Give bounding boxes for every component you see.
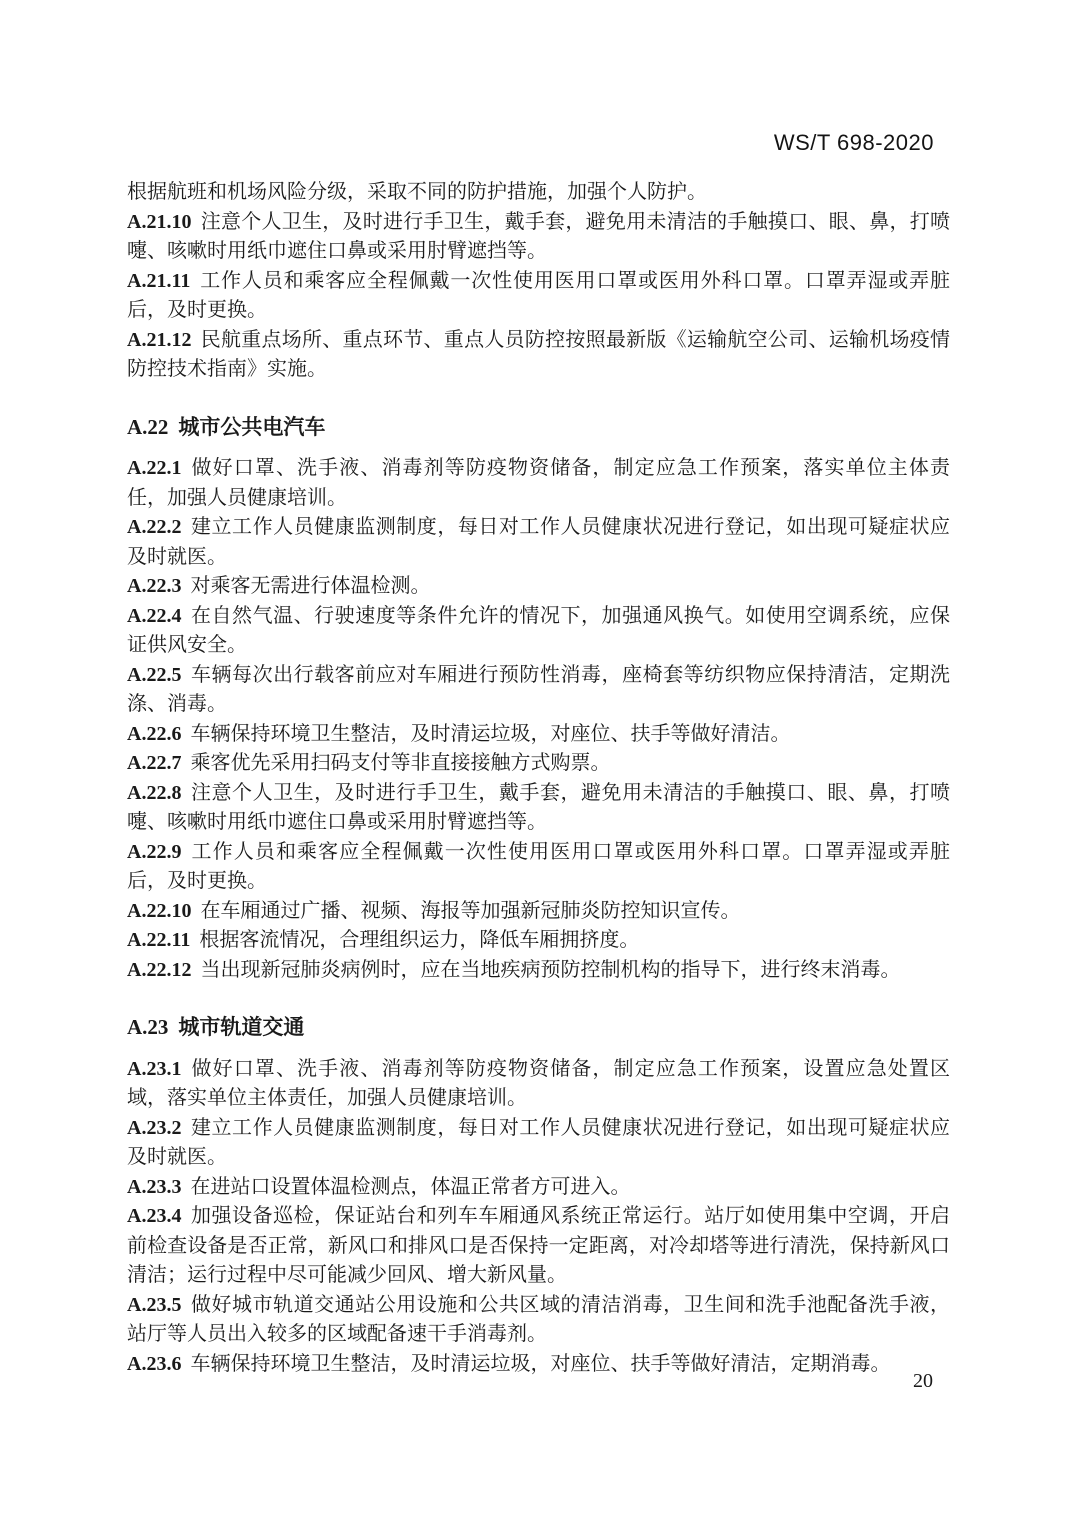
clause-text: 注意个人卫生，及时进行手卫生，戴手套，避免用未清洁的手触摸口、眼、鼻，打喷嚏、咳… (127, 211, 950, 263)
clause-text: 民航重点场所、重点环节、重点人员防控按照最新版《运输航空公司、运输机场疫情防控技… (127, 329, 950, 381)
clause-number: A.23.2 (127, 1117, 181, 1139)
clause-text: 做好口罩、洗手液、消毒剂等防疫物资储备，制定应急工作预案，设置应急处置区域，落实… (127, 1058, 950, 1110)
section-heading: A.23城市轨道交通 (127, 1013, 950, 1043)
clause-paragraph: A.22.5车辆每次出行载客前应对车厢进行预防性消毒，座椅套等纺织物应保持清洁，… (127, 661, 950, 720)
section-heading: A.22城市公共电汽车 (127, 413, 950, 443)
clause-number: A.23.6 (127, 1353, 181, 1375)
standard-number-header: WS/T 698-2020 (0, 130, 934, 156)
clause-number: A.22.9 (127, 841, 181, 863)
clause-paragraph: A.22.1做好口罩、洗手液、消毒剂等防疫物资储备，制定应急工作预案，落实单位主… (127, 454, 950, 513)
clause-number: A.22.1 (127, 457, 181, 479)
clause-number: A.22.3 (127, 575, 181, 597)
section-title: 城市公共电汽车 (178, 416, 325, 439)
clause-text: 工作人员和乘客应全程佩戴一次性使用医用口罩或医用外科口罩。口罩弄湿或弄脏后，及时… (127, 270, 950, 322)
clause-paragraph: A.22.12当出现新冠肺炎病例时，应在当地疾病预防控制机构的指导下，进行终末消… (127, 956, 950, 986)
clause-paragraph: A.22.3对乘客无需进行体温检测。 (127, 572, 950, 602)
clause-paragraph: 根据航班和机场风险分级，采取不同的防护措施，加强个人防护。 (127, 178, 950, 208)
clause-number: A.22.5 (127, 664, 181, 686)
clause-text: 车辆保持环境卫生整洁，及时清运垃圾，对座位、扶手等做好清洁。 (190, 723, 790, 745)
clause-paragraph: A.22.7乘客优先采用扫码支付等非直接接触方式购票。 (127, 749, 950, 779)
clause-text: 乘客优先采用扫码支付等非直接接触方式购票。 (190, 752, 610, 774)
clause-paragraph: A.23.3在进站口设置体温检测点，体温正常者方可进入。 (127, 1173, 950, 1203)
page-number: 20 (913, 1370, 933, 1393)
clause-number: A.23.1 (127, 1058, 181, 1080)
clause-paragraph: A.23.1做好口罩、洗手液、消毒剂等防疫物资储备，制定应急工作预案，设置应急处… (127, 1055, 950, 1114)
clause-text: 当出现新冠肺炎病例时，应在当地疾病预防控制机构的指导下，进行终末消毒。 (200, 959, 900, 981)
clause-paragraph: A.22.2建立工作人员健康监测制度，每日对工作人员健康状况进行登记，如出现可疑… (127, 513, 950, 572)
clause-text: 在进站口设置体温检测点，体温正常者方可进入。 (190, 1176, 630, 1198)
clause-text: 车辆每次出行载客前应对车厢进行预防性消毒，座椅套等纺织物应保持清洁，定期洗涤、消… (127, 664, 950, 716)
clause-number: A.22.7 (127, 752, 181, 774)
clause-text: 根据航班和机场风险分级，采取不同的防护措施，加强个人防护。 (127, 181, 707, 203)
clause-paragraph: A.23.2建立工作人员健康监测制度，每日对工作人员健康状况进行登记，如出现可疑… (127, 1114, 950, 1173)
clause-text: 在车厢通过广播、视频、海报等加强新冠肺炎防控知识宣传。 (200, 900, 740, 922)
clause-paragraph: A.22.9工作人员和乘客应全程佩戴一次性使用医用口罩或医用外科口罩。口罩弄湿或… (127, 838, 950, 897)
clause-number: A.22.4 (127, 605, 181, 627)
clause-text: 建立工作人员健康监测制度，每日对工作人员健康状况进行登记，如出现可疑症状应及时就… (127, 1117, 950, 1169)
clause-number: A.22.11 (127, 929, 190, 951)
clause-text: 加强设备巡检，保证站台和列车车厢通风系统正常运行。站厅如使用集中空调，开启前检查… (127, 1205, 950, 1286)
clause-number: A.21.11 (127, 270, 190, 292)
section-title: 城市轨道交通 (178, 1016, 304, 1039)
clause-text: 车辆保持环境卫生整洁，及时清运垃圾，对座位、扶手等做好清洁，定期消毒。 (190, 1353, 890, 1375)
clause-number: A.21.10 (127, 211, 191, 233)
clause-paragraph: A.21.10注意个人卫生，及时进行手卫生，戴手套，避免用未清洁的手触摸口、眼、… (127, 208, 950, 267)
clause-text: 做好城市轨道交通站公用设施和公共区域的清洁消毒，卫生间和洗手池配备洗手液，站厅等… (127, 1294, 950, 1346)
clause-text: 注意个人卫生，及时进行手卫生，戴手套，避免用未清洁的手触摸口、眼、鼻，打喷嚏、咳… (127, 782, 950, 834)
clause-number: A.23.3 (127, 1176, 181, 1198)
clause-text: 对乘客无需进行体温检测。 (190, 575, 430, 597)
clause-paragraph: A.22.11根据客流情况，合理组织运力，降低车厢拥挤度。 (127, 926, 950, 956)
clause-text: 做好口罩、洗手液、消毒剂等防疫物资储备，制定应急工作预案，落实单位主体责任，加强… (127, 457, 950, 509)
clause-paragraph: A.22.4在自然气温、行驶速度等条件允许的情况下，加强通风换气。如使用空调系统… (127, 602, 950, 661)
clause-number: A.22.8 (127, 782, 181, 804)
clause-paragraph: A.23.5做好城市轨道交通站公用设施和公共区域的清洁消毒，卫生间和洗手池配备洗… (127, 1291, 950, 1350)
clause-paragraph: A.22.10在车厢通过广播、视频、海报等加强新冠肺炎防控知识宣传。 (127, 897, 950, 927)
clause-text: 工作人员和乘客应全程佩戴一次性使用医用口罩或医用外科口罩。口罩弄湿或弄脏后，及时… (127, 841, 950, 893)
section-number: A.23 (127, 1015, 168, 1039)
clause-number: A.22.12 (127, 959, 191, 981)
clause-text: 根据客流情况，合理组织运力，降低车厢拥挤度。 (199, 929, 639, 951)
clause-paragraph: A.21.12民航重点场所、重点环节、重点人员防控按照最新版《运输航空公司、运输… (127, 326, 950, 385)
section-number: A.22 (127, 415, 168, 439)
document-page: WS/T 698-2020 根据航班和机场风险分级，采取不同的防护措施，加强个人… (0, 0, 1080, 1527)
clause-paragraph: A.23.4加强设备巡检，保证站台和列车车厢通风系统正常运行。站厅如使用集中空调… (127, 1202, 950, 1291)
clause-text: 建立工作人员健康监测制度，每日对工作人员健康状况进行登记，如出现可疑症状应及时就… (127, 516, 950, 568)
clause-paragraph: A.21.11工作人员和乘客应全程佩戴一次性使用医用口罩或医用外科口罩。口罩弄湿… (127, 267, 950, 326)
clause-paragraph: A.22.8注意个人卫生，及时进行手卫生，戴手套，避免用未清洁的手触摸口、眼、鼻… (127, 779, 950, 838)
clause-number: A.21.12 (127, 329, 191, 351)
document-body: 根据航班和机场风险分级，采取不同的防护措施，加强个人防护。 A.21.10注意个… (127, 178, 950, 1379)
clause-number: A.23.4 (127, 1205, 181, 1227)
clause-number: A.23.5 (127, 1294, 181, 1316)
clause-text: 在自然气温、行驶速度等条件允许的情况下，加强通风换气。如使用空调系统，应保证供风… (127, 605, 950, 657)
clause-number: A.22.2 (127, 516, 181, 538)
clause-paragraph: A.22.6车辆保持环境卫生整洁，及时清运垃圾，对座位、扶手等做好清洁。 (127, 720, 950, 750)
clause-number: A.22.6 (127, 723, 181, 745)
clause-paragraph: A.23.6车辆保持环境卫生整洁，及时清运垃圾，对座位、扶手等做好清洁，定期消毒… (127, 1350, 950, 1380)
clause-number: A.22.10 (127, 900, 191, 922)
